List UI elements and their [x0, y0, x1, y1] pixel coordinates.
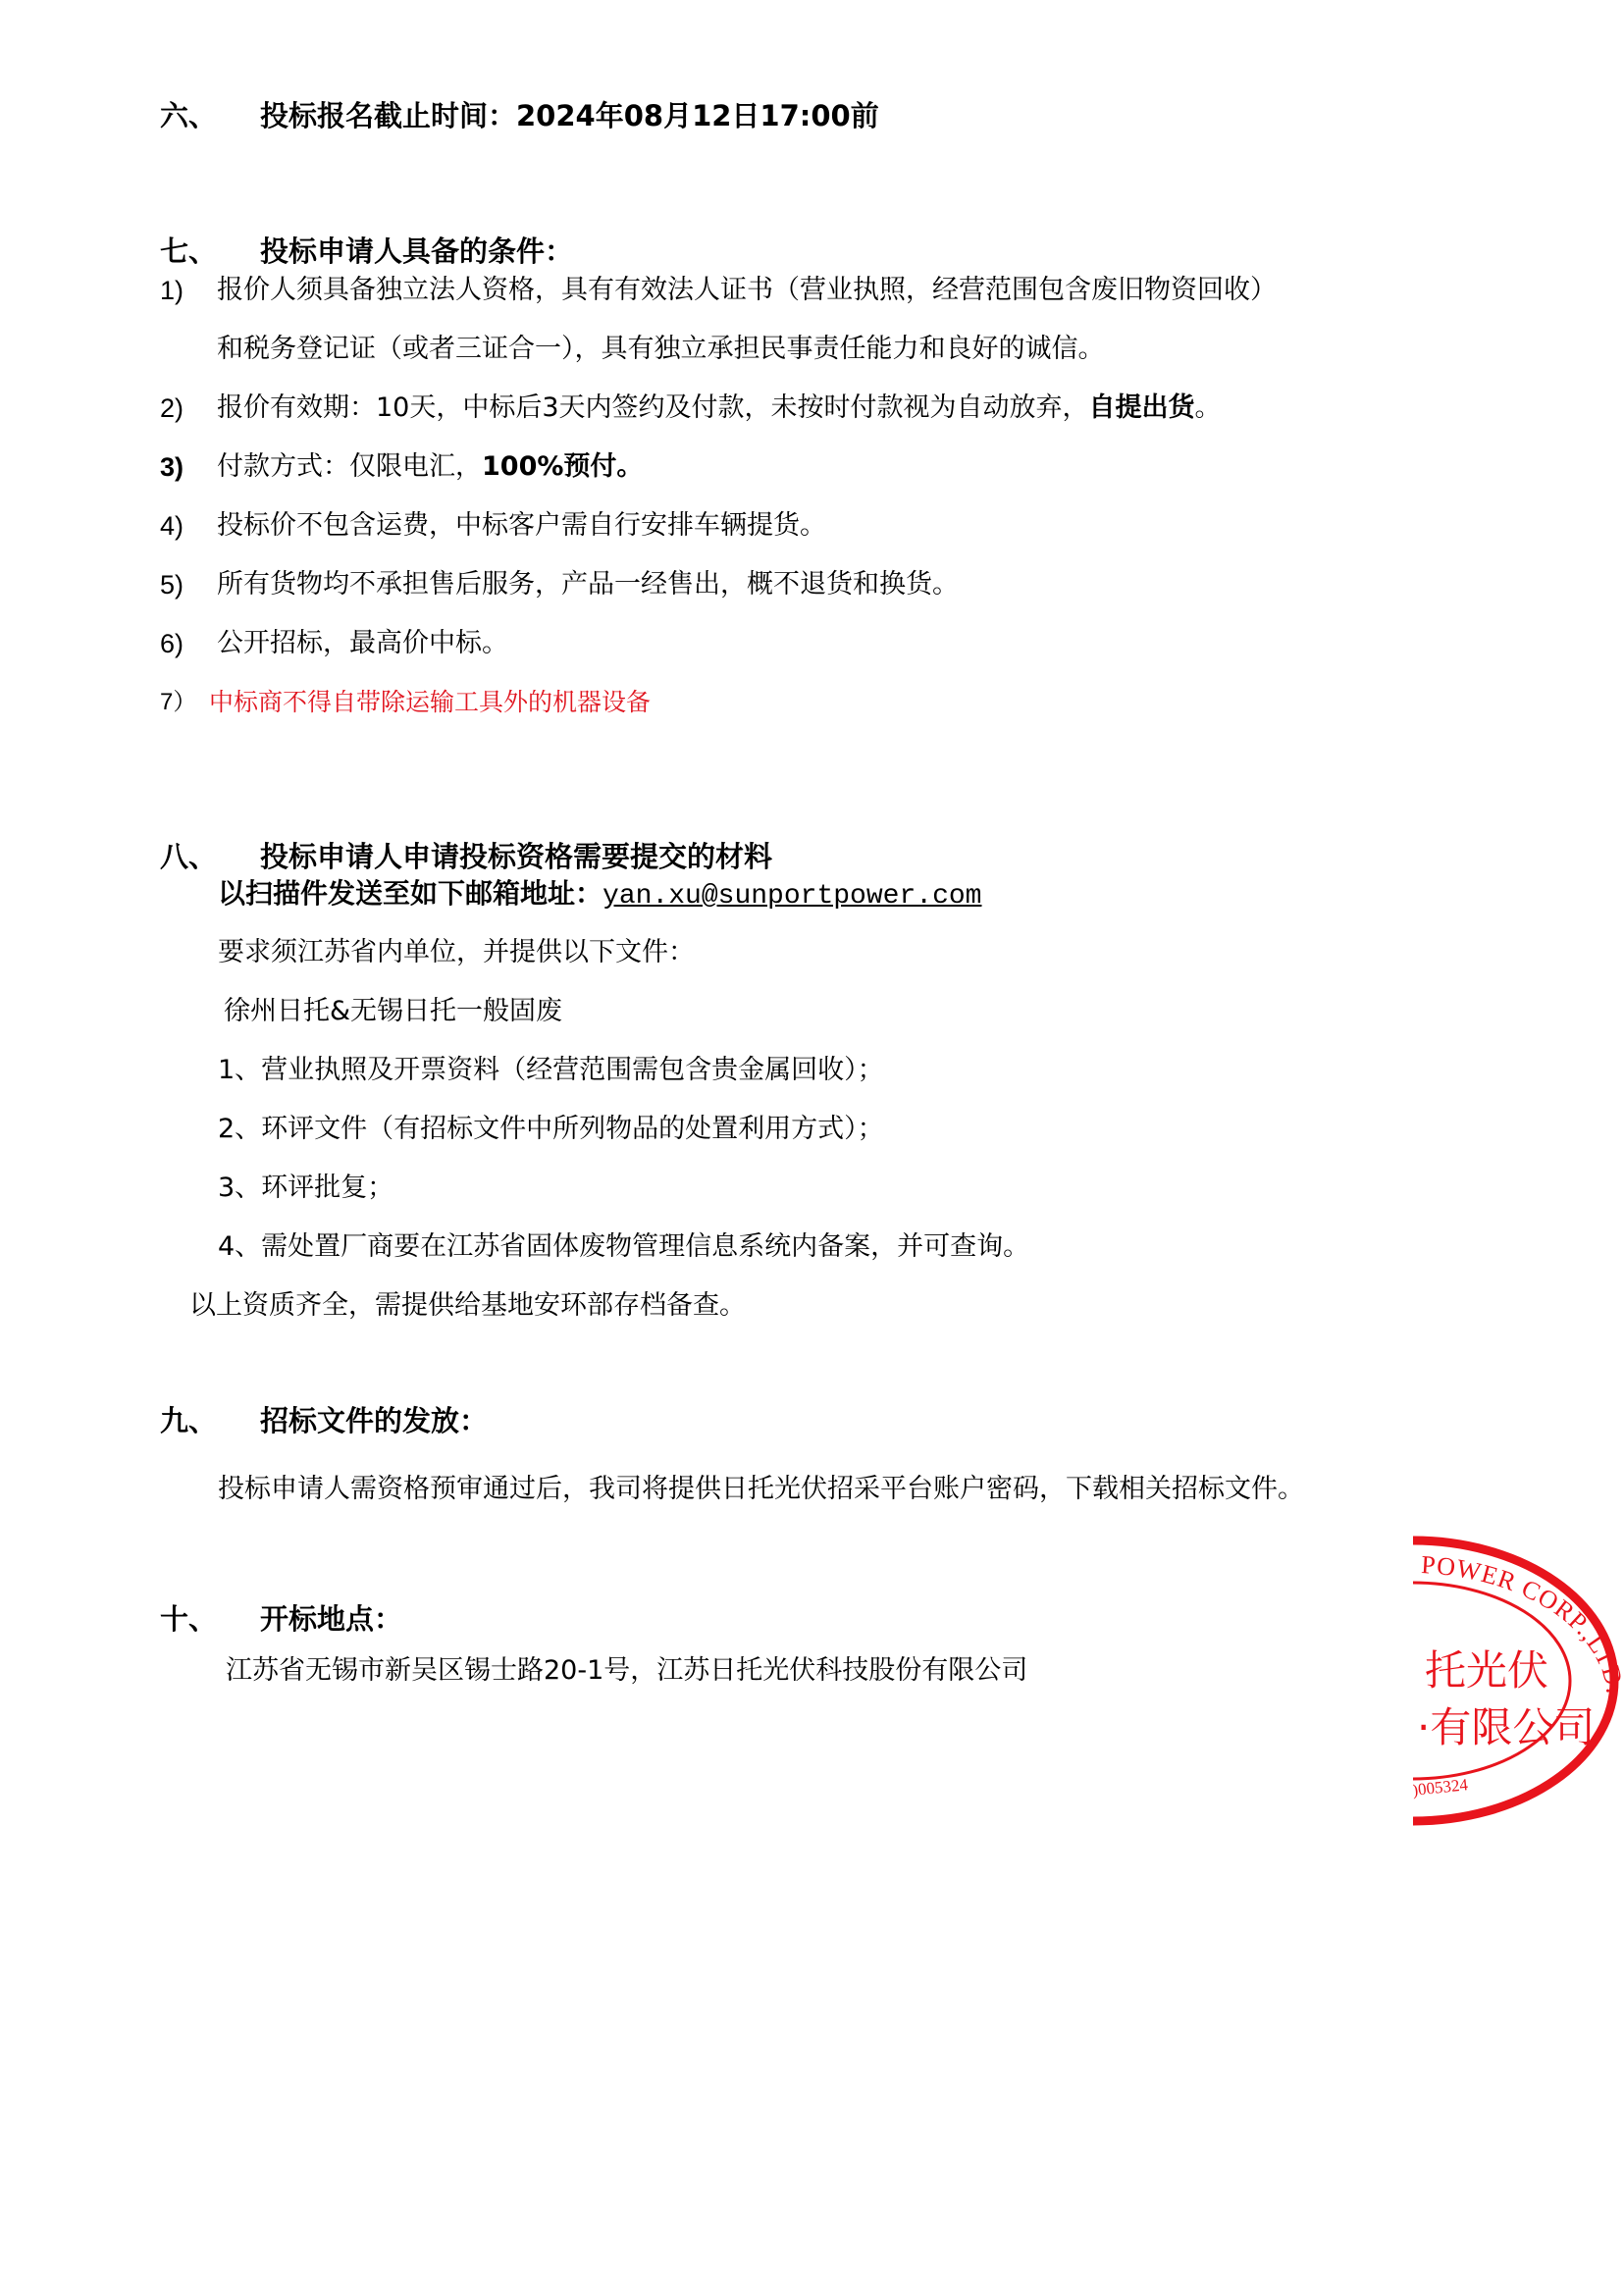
item-number: 7）: [160, 685, 196, 720]
item-text: 所有货物均不承担售后服务，产品一经售出，概不退货和换货。: [217, 567, 959, 602]
item-number: 5): [160, 567, 183, 602]
item-emphasis: 100%预付。: [482, 451, 643, 482]
company-seal: POWER CORP.,LTD. 托光伏 ·有限公司 )005324: [1413, 1536, 1624, 1826]
item-text: 付款方式：仅限电汇，: [217, 451, 482, 482]
scope-text: 徐州日托&无锡日托一般固废: [224, 994, 562, 1029]
item-number: 3): [160, 449, 183, 485]
document-item-1: 1、营业执照及开票资料（经营范围需包含贵金属回收）；: [218, 1053, 884, 1088]
document-item-3: 3、环评批复；: [218, 1171, 393, 1206]
svg-text:托光伏: 托光伏: [1425, 1646, 1548, 1695]
section-title: 投标报名截止时间：2024年08月12日17:00前: [260, 98, 879, 133]
section-title: 开标地点：: [260, 1601, 402, 1637]
section-number: 六、: [160, 98, 217, 133]
document-item-4: 4、需处置厂商要在江苏省固体废物管理信息系统内备案，并可查询。: [218, 1229, 1029, 1265]
item-text: 公开招标，最高价中标。: [217, 626, 508, 661]
item-number: 2): [160, 391, 183, 426]
email-link[interactable]: yan.xu@sunportpower.com: [602, 881, 981, 912]
section-title: 投标申请人具备的条件：: [260, 234, 573, 269]
email-instruction: 以扫描件发送至如下邮箱地址：yan.xu@sunportpower.com: [218, 876, 981, 914]
requirement-text: 要求须江苏省内单位，并提供以下文件：: [218, 935, 695, 970]
section-number: 九、: [160, 1403, 217, 1438]
condition-item-1-continuation: 和税务登记证（或者三证合一），具有独立承担民事责任能力和良好的诚信。: [217, 332, 1105, 367]
document-item-2: 2、环评文件（有招标文件中所列物品的处置利用方式）；: [218, 1112, 884, 1147]
section-title: 招标文件的发放：: [260, 1403, 488, 1438]
item-emphasis: 自提出货: [1089, 392, 1195, 423]
item-tail: 。: [1195, 392, 1222, 423]
item-text-warning: 中标商不得自带除运输工具外的机器设备: [209, 685, 651, 720]
section-nine-body: 投标申请人需资格预审通过后，我司将提供日托光伏招采平台账户密码，下载相关招标文件…: [218, 1472, 1304, 1507]
item-number: 4): [160, 508, 183, 544]
svg-text:·有限公司: ·有限公司: [1417, 1703, 1595, 1751]
item-text: 报价人须具备独立法人资格，具有有效法人证书（营业执照，经营范围包含废旧物资回收）: [217, 273, 1277, 308]
section-number: 七、: [160, 234, 217, 269]
item-number: 6): [160, 626, 183, 661]
item-text-wrap: 付款方式：仅限电汇，100%预付。: [217, 449, 643, 485]
section-ten-body: 江苏省无锡市新吴区锡士路20-1号，江苏日托光伏科技股份有限公司: [226, 1653, 1027, 1689]
section-title: 投标申请人申请投标资格需要提交的材料: [260, 839, 772, 874]
section-number: 八、: [160, 839, 217, 874]
seal-graphic: POWER CORP.,LTD. 托光伏 ·有限公司 )005324: [1413, 1536, 1624, 1826]
item-text: 报价有效期：10天，中标后3天内签约及付款，未按时付款视为自动放弃，: [217, 392, 1089, 423]
item-number: 1): [160, 273, 183, 308]
qualification-note: 以上资质齐全，需提供给基地安环部存档备查。: [189, 1288, 746, 1324]
item-text: 投标价不包含运费，中标客户需自行安排车辆提货。: [217, 508, 826, 544]
email-prefix: 以扫描件发送至如下邮箱地址：: [218, 877, 602, 910]
item-text-wrap: 报价有效期：10天，中标后3天内签约及付款，未按时付款视为自动放弃，自提出货。: [217, 391, 1222, 426]
section-number: 十、: [160, 1601, 217, 1637]
